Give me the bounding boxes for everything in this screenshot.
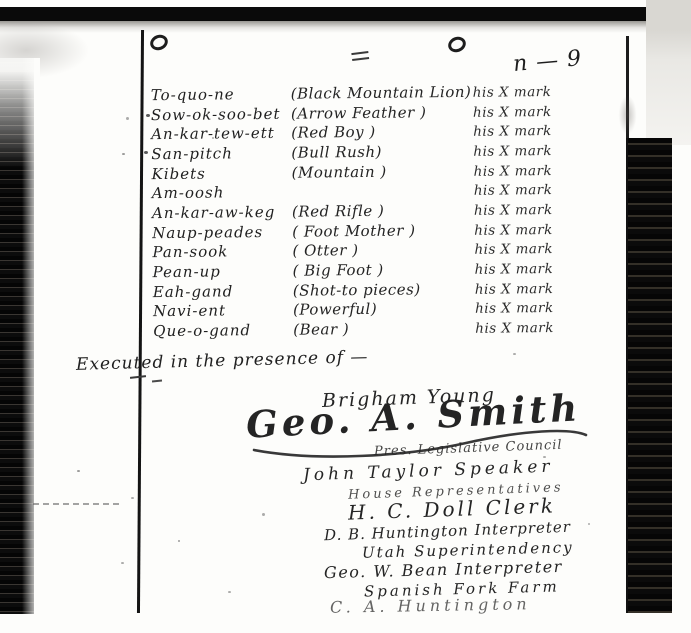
signer-translation: [292, 195, 474, 197]
signer-mark: his X mark: [475, 261, 569, 278]
signature-c-a-huntington: C. A. Huntington: [330, 594, 531, 616]
signer-translation: (Bull Rush): [291, 142, 473, 162]
signer-mark: his X mark: [473, 163, 567, 180]
signer-mark: his X mark: [473, 123, 567, 140]
signer-translation: (Powerful): [293, 299, 475, 319]
scan-speck: [122, 153, 125, 155]
scan-bar-fringe: [0, 21, 660, 33]
stray-pen-mark: [351, 51, 369, 65]
signer-list: To-quo-ne (Black Mountain Lion) his X ma…: [151, 82, 570, 342]
signer-name: An-kar-tew-ett: [151, 124, 291, 143]
signer-name: Kibets: [151, 163, 291, 182]
signer-name: San-pitch: [151, 144, 291, 163]
signer-row: Que-o-gand (Bear ) his X mark: [153, 318, 569, 342]
signer-mark: his X mark: [473, 143, 567, 160]
hole-punch-mark: [148, 32, 170, 53]
signer-name: Eah-gand: [153, 281, 293, 300]
signer-translation: (Shot-to pieces): [293, 280, 475, 300]
signer-translation: ( Foot Mother ): [292, 221, 474, 241]
signer-translation: (Red Boy ): [291, 122, 473, 142]
scan-corner-shade: [646, 0, 691, 145]
signer-name: To-quo-ne: [151, 85, 291, 104]
scan-speck: [126, 117, 129, 120]
document-scan: n — 9 To-quo-ne (Black Mountain Lion) hi…: [0, 0, 691, 633]
executed-line: Executed in the presence of —: [76, 347, 369, 375]
signer-name: An-kar-aw-keg: [152, 203, 292, 222]
scan-speck: [77, 470, 80, 472]
signer-translation: (Bear ): [293, 319, 475, 339]
signer-name: Pan-sook: [152, 242, 292, 261]
signer-translation: (Mountain ): [291, 161, 473, 181]
scan-bar-top: [0, 7, 650, 21]
scanner-edge-left-fade: [0, 58, 40, 614]
signer-mark: his X mark: [473, 84, 567, 101]
page-number: n — 9: [512, 46, 583, 77]
signer-translation: (Black Mountain Lion): [291, 83, 473, 103]
signer-mark: his X mark: [475, 320, 569, 337]
faint-dashed-mark: [33, 503, 119, 505]
signer-name: Am-oosh: [152, 183, 292, 202]
scan-speck: [146, 114, 150, 117]
scan-speck: [144, 151, 148, 154]
signer-mark: his X mark: [474, 182, 568, 199]
signer-translation: (Arrow Feather ): [291, 102, 473, 122]
signer-mark: his X mark: [473, 103, 567, 120]
signer-name: Navi-ent: [153, 301, 293, 320]
scan-speck: [588, 523, 590, 525]
signer-name: Naup-peades: [152, 222, 292, 241]
signer-translation: ( Otter ): [292, 240, 474, 260]
signer-mark: his X mark: [474, 222, 568, 239]
scan-speck: [178, 540, 180, 542]
hole-punch-mark: [446, 34, 468, 55]
signer-mark: his X mark: [474, 202, 568, 219]
scan-blotch: [612, 88, 638, 142]
scan-speck: [262, 513, 265, 516]
scan-speck: [121, 562, 124, 564]
scan-speck: [228, 591, 231, 593]
pen-underline: [152, 379, 162, 382]
signer-translation: (Red Rifle ): [292, 201, 474, 221]
signer-name: Sow-ok-soo-bet: [151, 104, 291, 123]
signer-name: Pean-up: [153, 262, 293, 281]
signer-mark: his X mark: [474, 241, 568, 258]
signer-mark: his X mark: [475, 281, 569, 298]
page-binding-line: [137, 30, 144, 613]
scan-speck: [513, 353, 516, 355]
signer-name: Que-o-gand: [153, 321, 293, 340]
scan-speck: [131, 497, 134, 499]
signer-mark: his X mark: [475, 300, 569, 317]
scanner-edge-right: [626, 138, 672, 613]
signer-translation: ( Big Foot ): [293, 260, 475, 280]
